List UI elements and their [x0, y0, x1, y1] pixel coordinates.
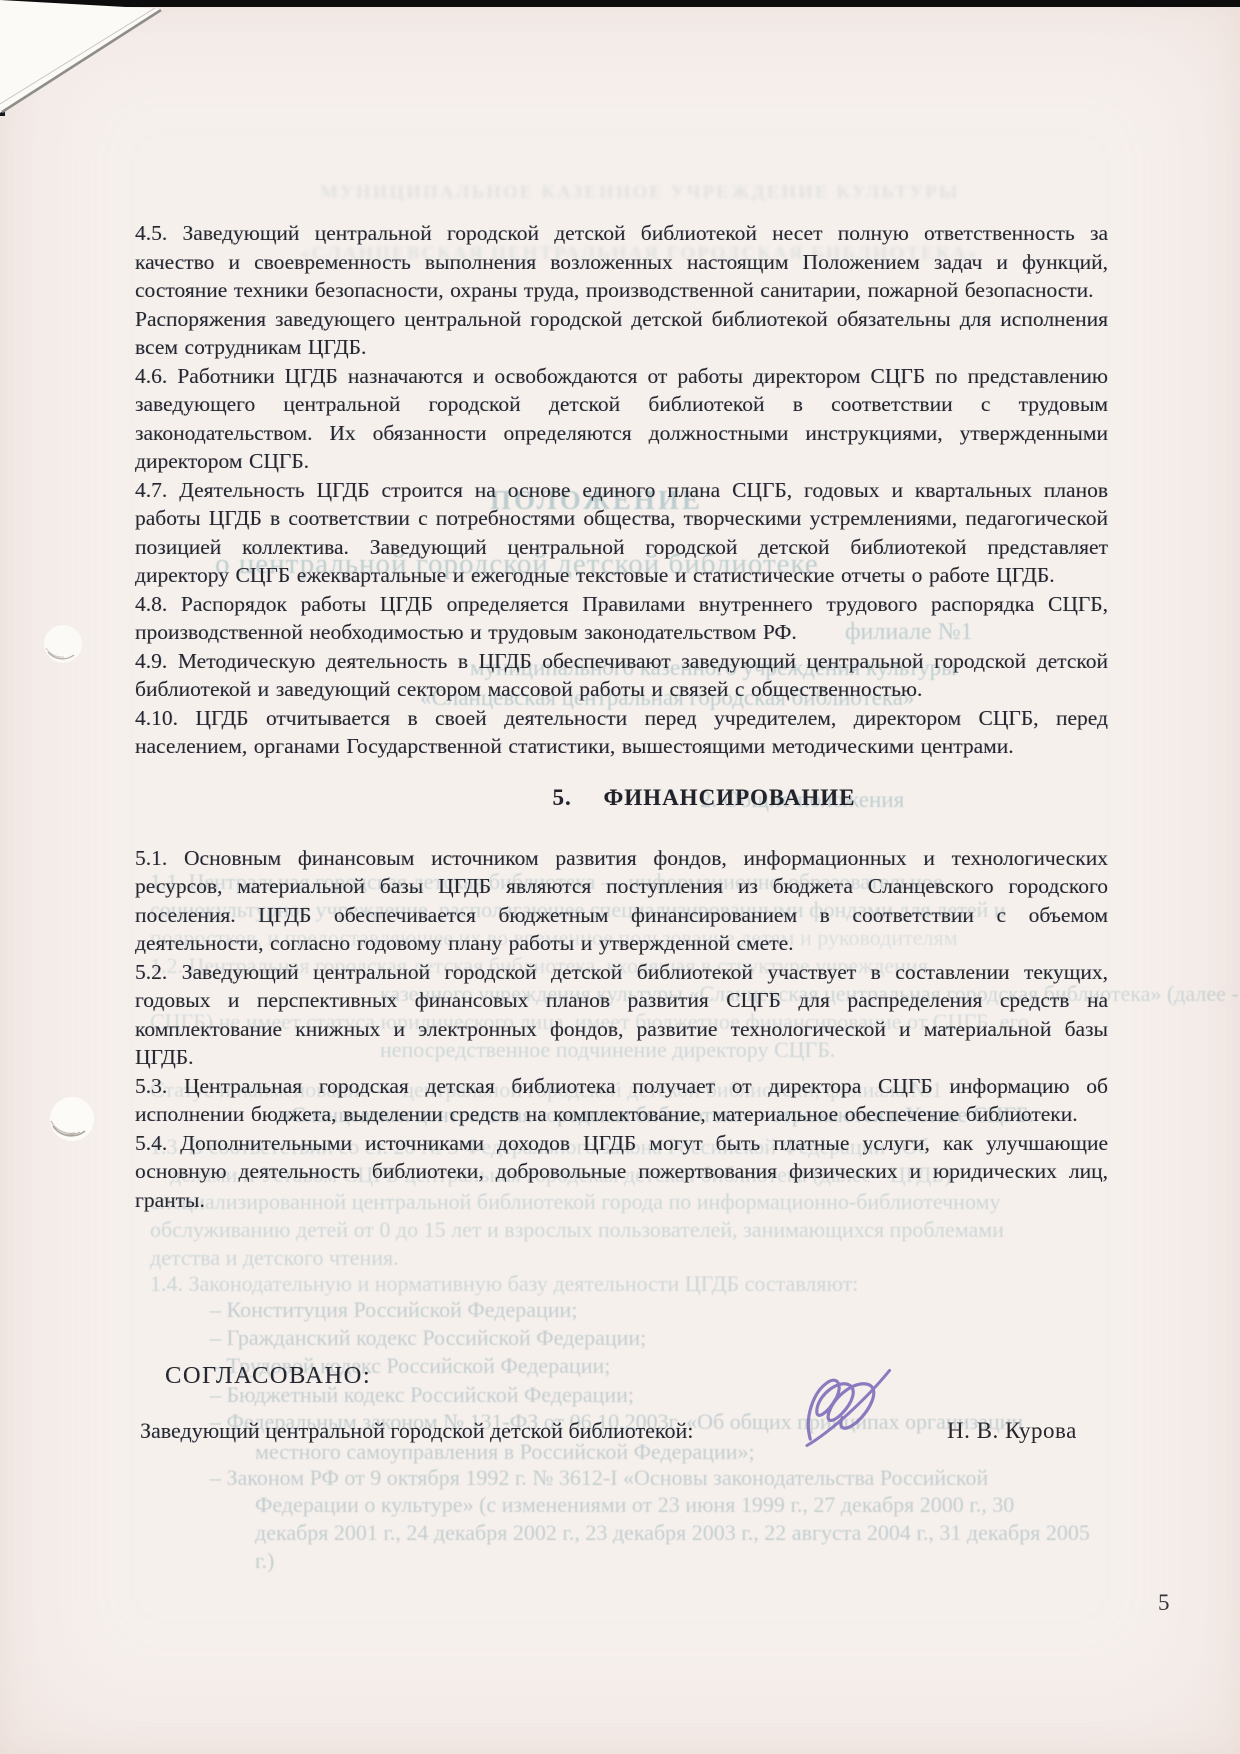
corner-fold-graphic: [0, 0, 175, 125]
ghost-line: обслуживанию детей от 0 до 15 лет и взро…: [150, 1217, 1004, 1243]
paragraph-4-10: 4.10. ЦГДБ отчитывается в своей деятельн…: [135, 704, 1108, 761]
ghost-line: Федерации о культуре» (с изменениями от …: [255, 1492, 1014, 1518]
ghost-line: – Конституция Российской Федерации;: [210, 1297, 577, 1323]
paragraph-4-9: 4.9. Методическую деятельность в ЦГДБ об…: [135, 647, 1108, 704]
ghost-line: г.): [255, 1548, 274, 1574]
paragraph-4-5: 4.5. Заведующий центральной городской де…: [135, 219, 1108, 305]
hole-punch-icon: [41, 622, 85, 671]
paragraph-4-7: 4.7. Деятельность ЦГДБ строится на основ…: [135, 476, 1108, 590]
paragraph-orders: Распоряжения заведующего центральной гор…: [135, 305, 1108, 362]
signature-graphic: [788, 1361, 928, 1462]
signatory-title: Заведующий центральной городской детской…: [140, 1418, 693, 1444]
paragraph-4-6: 4.6. Работники ЦГДБ назначаются и освобо…: [135, 362, 1108, 476]
ghost-line: – Гражданский кодекс Российской Федераци…: [210, 1325, 646, 1351]
ghost-line: детства и детского чтения.: [150, 1245, 399, 1271]
paragraph-5-1: 5.1. Основным финансовым источником разв…: [135, 844, 1108, 958]
signature-scribble-icon: [788, 1361, 929, 1467]
page-number: 5: [1158, 1590, 1170, 1616]
ghost-line: – Законом РФ от 9 октября 1992 г. № 3612…: [210, 1465, 988, 1491]
scanned-document-page: { "colors":{ "paper":"#f6f0ed", "ink":"#…: [0, 0, 1240, 1754]
hole-punch-graphic: [41, 622, 85, 666]
ghost-line: МУНИЦИПАЛЬНОЕ КАЗЕННОЕ УЧРЕЖДЕНИЕ КУЛЬТУ…: [320, 182, 959, 204]
ghost-line: декабря 2001 г., 24 декабря 2002 г., 23 …: [255, 1520, 1090, 1546]
paragraph-4-8: 4.8. Распорядок работы ЦГДБ определяется…: [135, 590, 1108, 647]
signatory-name: Н. В. Курова: [947, 1418, 1077, 1444]
hole-punch-icon: [47, 1094, 97, 1149]
page-corner-fold-icon: [0, 0, 175, 125]
hole-punch-graphic: [47, 1094, 97, 1144]
ghost-line: 1.4. Законодательную и нормативную базу …: [150, 1271, 858, 1297]
paragraph-5-2: 5.2. Заведующий центральной городской де…: [135, 958, 1108, 1072]
document-body: 4.5. Заведующий центральной городской де…: [135, 219, 1108, 1214]
section-heading-financing: 5. ФИНАНСИРОВАНИЕ: [135, 783, 1108, 813]
paragraph-5-3: 5.3. Центральная городская детская библи…: [135, 1072, 1108, 1129]
paragraph-5-4: 5.4. Дополнительными источниками доходов…: [135, 1129, 1108, 1215]
agreed-label: СОГЛАСОВАНО:: [165, 1362, 371, 1390]
scanner-edge-top: [0, 0, 1240, 7]
